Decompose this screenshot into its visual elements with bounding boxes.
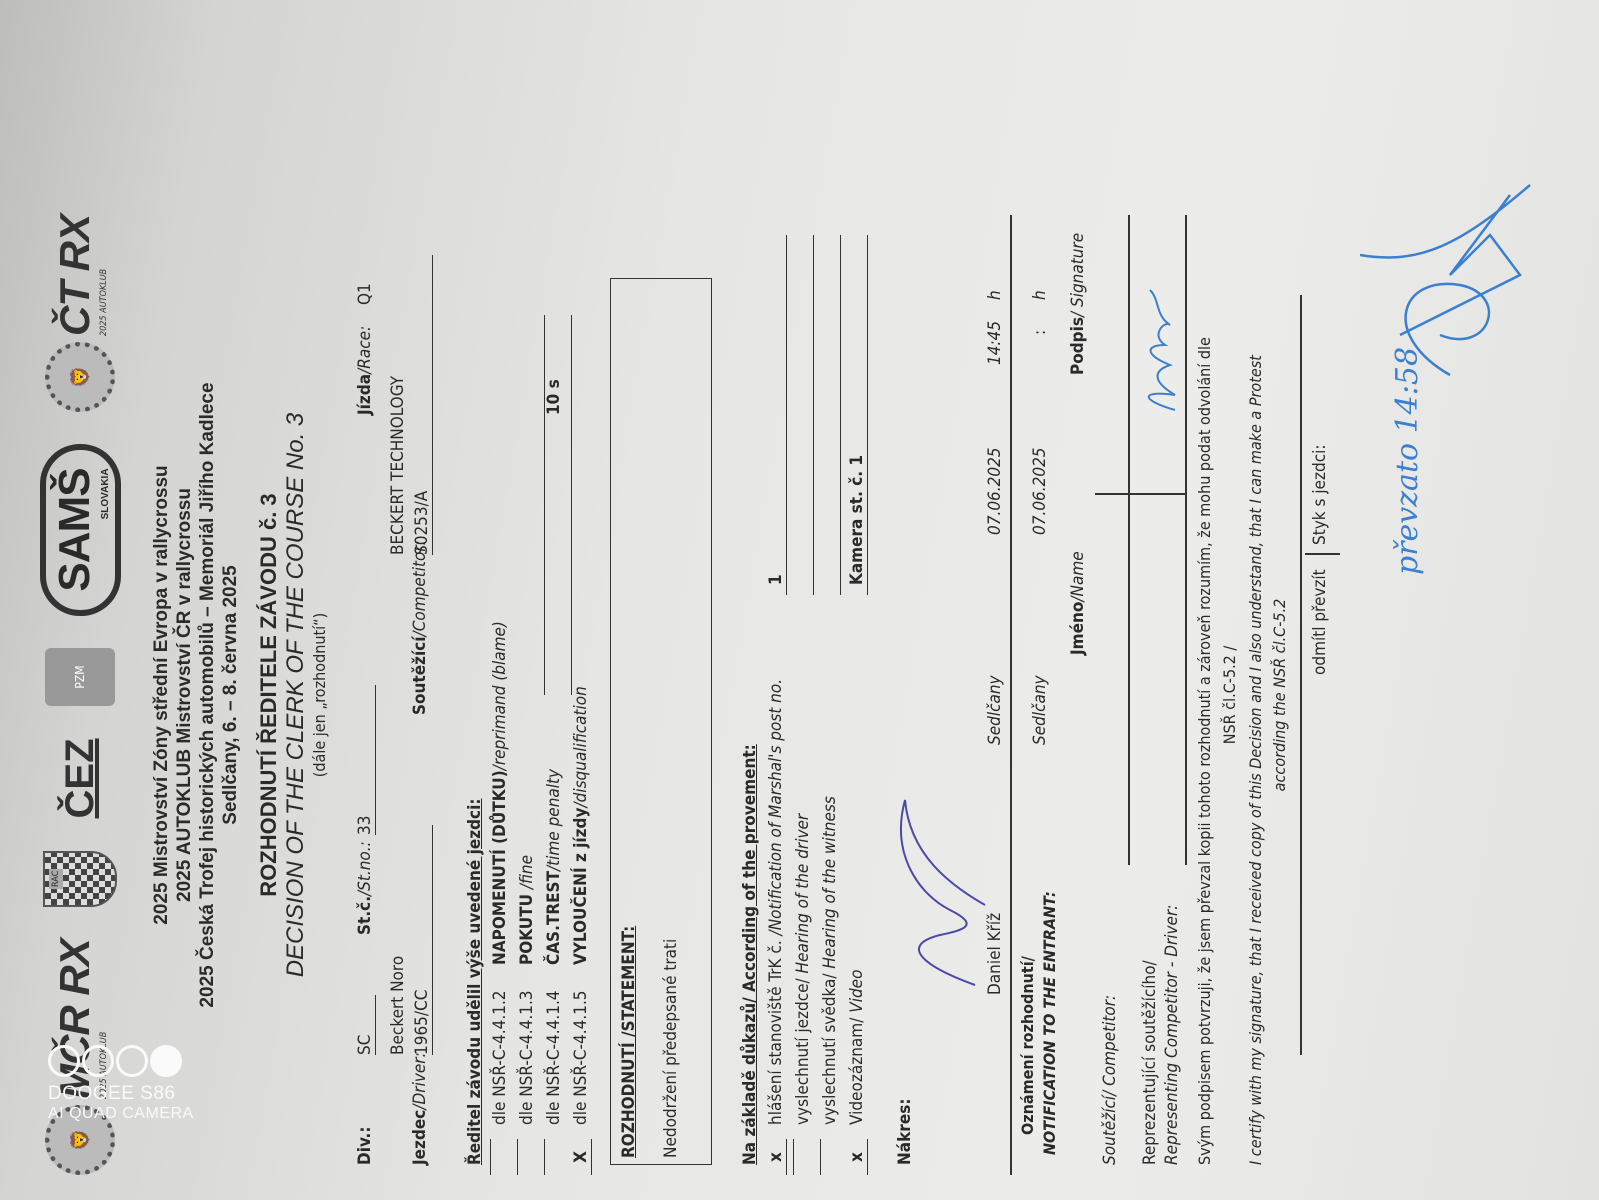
penalty-rule: dle NSŘ-C-4.4.1.2 bbox=[490, 990, 510, 1125]
contact-label: Styk s jezdci: bbox=[1310, 444, 1330, 545]
event-line-3: 2025 Česká Trofej historických automobil… bbox=[196, 195, 219, 1195]
title-note: (dále jen „rozhodnutí“) bbox=[310, 195, 329, 1195]
evidence-value-line bbox=[820, 235, 841, 595]
race-value: Q1 bbox=[355, 283, 375, 305]
name-column-header: Jméno/Name bbox=[1068, 551, 1088, 655]
evidence-checkbox[interactable]: x bbox=[847, 1139, 868, 1175]
notification-label-en: NOTIFICATION TO THE ENTRANT: bbox=[1040, 891, 1059, 1155]
penalty-rule: dle NSŘ-C-4.4.1.3 bbox=[517, 990, 537, 1125]
watermark-caption: AI QUAD CAMERA bbox=[48, 1105, 194, 1123]
penalty-checkbox[interactable] bbox=[490, 1139, 491, 1175]
pzm-logo: PZM bbox=[45, 648, 115, 706]
penalty-rule: dle NSŘ-C-4.4.1.5 bbox=[571, 990, 591, 1125]
divider bbox=[1010, 215, 1012, 1175]
rac-sedlcany-logo: RAC bbox=[43, 851, 117, 907]
notification-date: 07.06.2025 bbox=[1030, 447, 1050, 535]
evidence-label: vyslechnutí jezdce/ Hearing of the drive… bbox=[793, 814, 813, 1125]
stno-value: 33 bbox=[355, 685, 376, 835]
competitor-row-label: Soutěžící/ Competitor: bbox=[1100, 995, 1120, 1165]
penalty-rule: dle NSŘ-C-4.4.1.4 bbox=[544, 990, 564, 1125]
div-value: SC bbox=[355, 995, 376, 1055]
div-label: Div.: bbox=[355, 1127, 375, 1165]
clerk-time: 14:45 bbox=[985, 321, 1005, 365]
decision-form-page: 🦁 MČR RX2025 AUTOKLUB RAC ČEZ PZM SAMŠSL… bbox=[10, 195, 1570, 1195]
evidence-label: hlášení stanoviště TrK č. /Notification … bbox=[766, 679, 786, 1125]
logo-strip: 🦁 MČR RX2025 AUTOKLUB RAC ČEZ PZM SAMŠSL… bbox=[30, 215, 130, 1175]
notification-time: : bbox=[1030, 330, 1050, 335]
notification-label: Oznámení rozhodnutí/ bbox=[1018, 956, 1037, 1135]
race-label: Jízda/Race: bbox=[355, 326, 375, 415]
penalty-value-line bbox=[571, 315, 572, 695]
notification-place: Sedlčany bbox=[1030, 675, 1050, 745]
clerk-place: Sedlčany bbox=[985, 675, 1005, 745]
stno-label: St.č./St.no.: bbox=[355, 841, 375, 935]
evidence-checkbox[interactable] bbox=[793, 1139, 794, 1175]
competitor-signature bbox=[1130, 285, 1190, 415]
evidence-label: Videozáznam/ Video bbox=[847, 970, 867, 1125]
evidence-label: vyslechnutí svědka/ Hearing of the witne… bbox=[820, 796, 840, 1125]
camera-watermark: DOOGEE S86 AI QUAD CAMERA bbox=[48, 1045, 194, 1123]
penalty-checkbox[interactable] bbox=[517, 1139, 518, 1175]
statement-box: ROZHODNUTÍ /STATEMENT: Nedodržení předep… bbox=[610, 278, 712, 1165]
penalty-value: 10 s bbox=[544, 379, 564, 415]
cez-logo: ČEZ bbox=[58, 738, 103, 818]
footer-divider bbox=[1305, 554, 1340, 556]
competitor-label: Soutěžící/Competitor: bbox=[410, 540, 430, 715]
document-title: ROZHODNUTÍ ŘEDITELE ZÁVODU č. 3 bbox=[256, 195, 282, 1195]
evidence-value-line bbox=[766, 235, 787, 595]
event-dates: Sedlčany, 6. – 8. června 2025 bbox=[219, 195, 242, 1195]
clerk-time-unit: h bbox=[985, 290, 1005, 300]
penalty-type: POKUTU /fine bbox=[517, 855, 537, 965]
document-title-en: DECISION OF THE CLERK OF THE COURSE No. … bbox=[282, 195, 310, 1195]
ct-rx-logo: 🦁 ČT RX2025 AUTOKLUB bbox=[45, 215, 115, 412]
notification-time-unit: h bbox=[1030, 290, 1050, 300]
evidence-value: Kamera st. č. 1 bbox=[847, 455, 867, 585]
column-divider bbox=[1095, 494, 1185, 496]
certify-en-2: according the NSŘ čl.C-5.2 bbox=[1270, 195, 1289, 1195]
evidence-value-line bbox=[793, 235, 814, 595]
certify-cz: Svým podpisem potvrzuji, že jsem převzal… bbox=[1195, 337, 1214, 1165]
clerk-signature bbox=[880, 785, 1000, 1005]
driver-licence: 1965/CC bbox=[412, 825, 433, 1055]
clerk-date: 07.06.2025 bbox=[985, 447, 1005, 535]
lion-emblem-icon: 🦁 bbox=[45, 342, 115, 412]
footer-line bbox=[1300, 295, 1302, 1055]
drawing-label: Nákres: bbox=[895, 1099, 915, 1165]
signature-column-header: Podpis/ Signature bbox=[1068, 233, 1088, 375]
penalty-type: VYLOUČENÍ z jízdy/disqualification bbox=[571, 686, 591, 965]
statement-heading: ROZHODNUTÍ /STATEMENT: bbox=[619, 926, 639, 1158]
penalty-type: NAPOMENUTÍ (DŮTKU)/reprimand (blame) bbox=[490, 621, 510, 965]
sams-slovakia-logo: SAMŠSLOVAKIA bbox=[40, 444, 121, 615]
penalties-heading: Ředitel závodu udělil výše uvedené jezdc… bbox=[465, 799, 485, 1165]
rep-label-1: Reprezentující soutěžícího/ bbox=[1140, 960, 1160, 1165]
clerk-name: Daniel Kříž bbox=[985, 913, 1005, 995]
competitor-licence: S0253/A bbox=[412, 255, 433, 555]
penalty-value-line bbox=[544, 315, 545, 695]
penalty-type: ČAS.TREST/time penalty bbox=[544, 769, 564, 965]
rep-label-2: Representing Competitor - Driver: bbox=[1162, 905, 1182, 1165]
evidence-checkbox[interactable] bbox=[820, 1139, 821, 1175]
driver-label: Jezdec/Driver: bbox=[410, 1052, 430, 1165]
refused-label: odmítl převzít bbox=[1310, 569, 1330, 675]
evidence-checkbox[interactable]: x bbox=[766, 1139, 787, 1175]
penalty-checkbox[interactable] bbox=[544, 1139, 545, 1175]
camera-logo-icon bbox=[48, 1045, 194, 1077]
statement-text: Nedodržení předepsané trati bbox=[661, 939, 681, 1158]
evidence-heading: Na základě důkazů/ According of the prov… bbox=[740, 744, 760, 1165]
penalty-checkbox[interactable]: X bbox=[571, 1139, 592, 1175]
driver-name: Beckert Noro bbox=[388, 855, 408, 1055]
evidence-value: 1 bbox=[766, 574, 786, 585]
certify-cz-2: NSŘ čl.C-5.2 / bbox=[1220, 195, 1239, 1195]
certify-en: I certify with my signature, that I rece… bbox=[1246, 355, 1265, 1165]
watermark-model: DOOGEE S86 bbox=[48, 1083, 194, 1105]
competitor-name: BECKERT TECHNOLOGY bbox=[388, 295, 408, 555]
contact-signature bbox=[1340, 175, 1540, 395]
